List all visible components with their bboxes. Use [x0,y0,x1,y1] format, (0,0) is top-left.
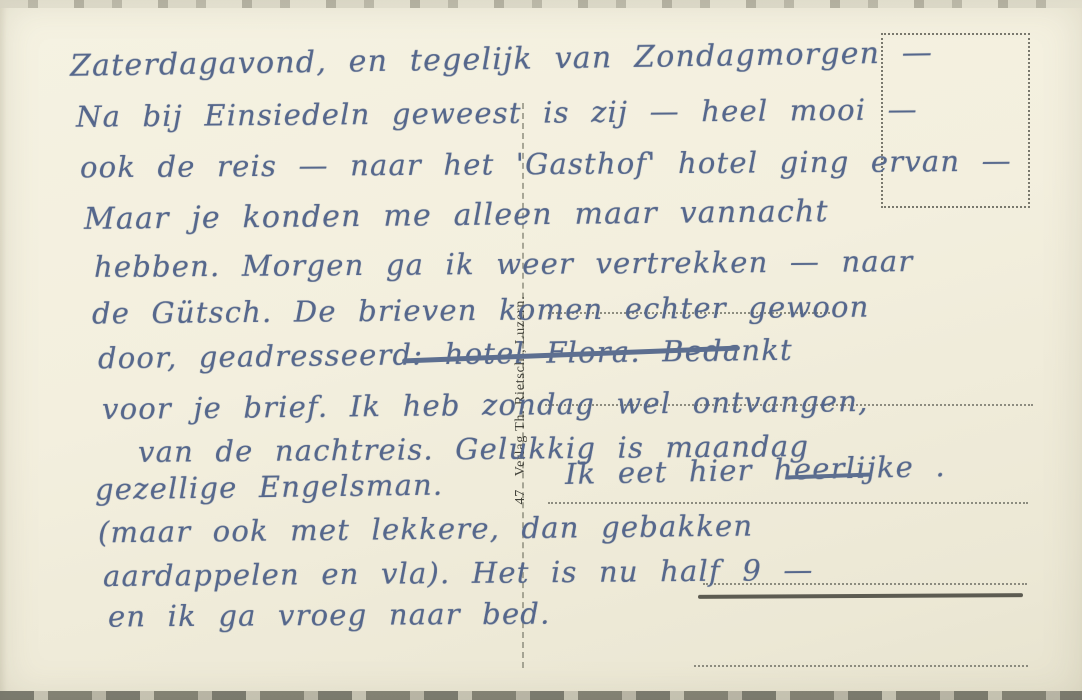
deckle-edge-top [0,0,1082,8]
message-line: gezellige Engelsman. [95,468,444,507]
message-line: door, geadresseerd: hotel Flora. Bedankt [98,333,793,375]
deckle-edge-bottom [0,691,1082,700]
message-line: ook de reis — naar het 'Gasthof' hotel g… [80,144,1012,185]
address-line [694,665,1028,667]
strike-line [698,593,1023,599]
postcard: 47 Verlag Th. Rietschi, Luzern. Zaterdag… [0,0,1082,700]
message-line: Na bij Einsiedeln geweest is zij — heel … [76,92,918,133]
address-line [548,502,1028,504]
message-line: aardappelen en vla). Het is nu half 9 — [103,553,814,593]
message-line: voor je brief. Ik heb zondag wel ontvang… [102,384,869,426]
message-line: en ik ga vroeg naar bed. [108,596,551,633]
message-line: Zaterdagavond, en tegelijk van Zondagmor… [70,35,934,84]
message-line: Ik eet hier heerlijke . [565,449,946,491]
message-line: (maar ook met lekkere, dan gebakken [98,509,754,550]
message-line: de Gütsch. De brieven komen echter gewoo… [92,290,870,331]
message-line: Maar je konden me alleen maar vannacht [84,194,829,237]
message-line: hebben. Morgen ga ik weer vertrekken — n… [94,244,914,284]
